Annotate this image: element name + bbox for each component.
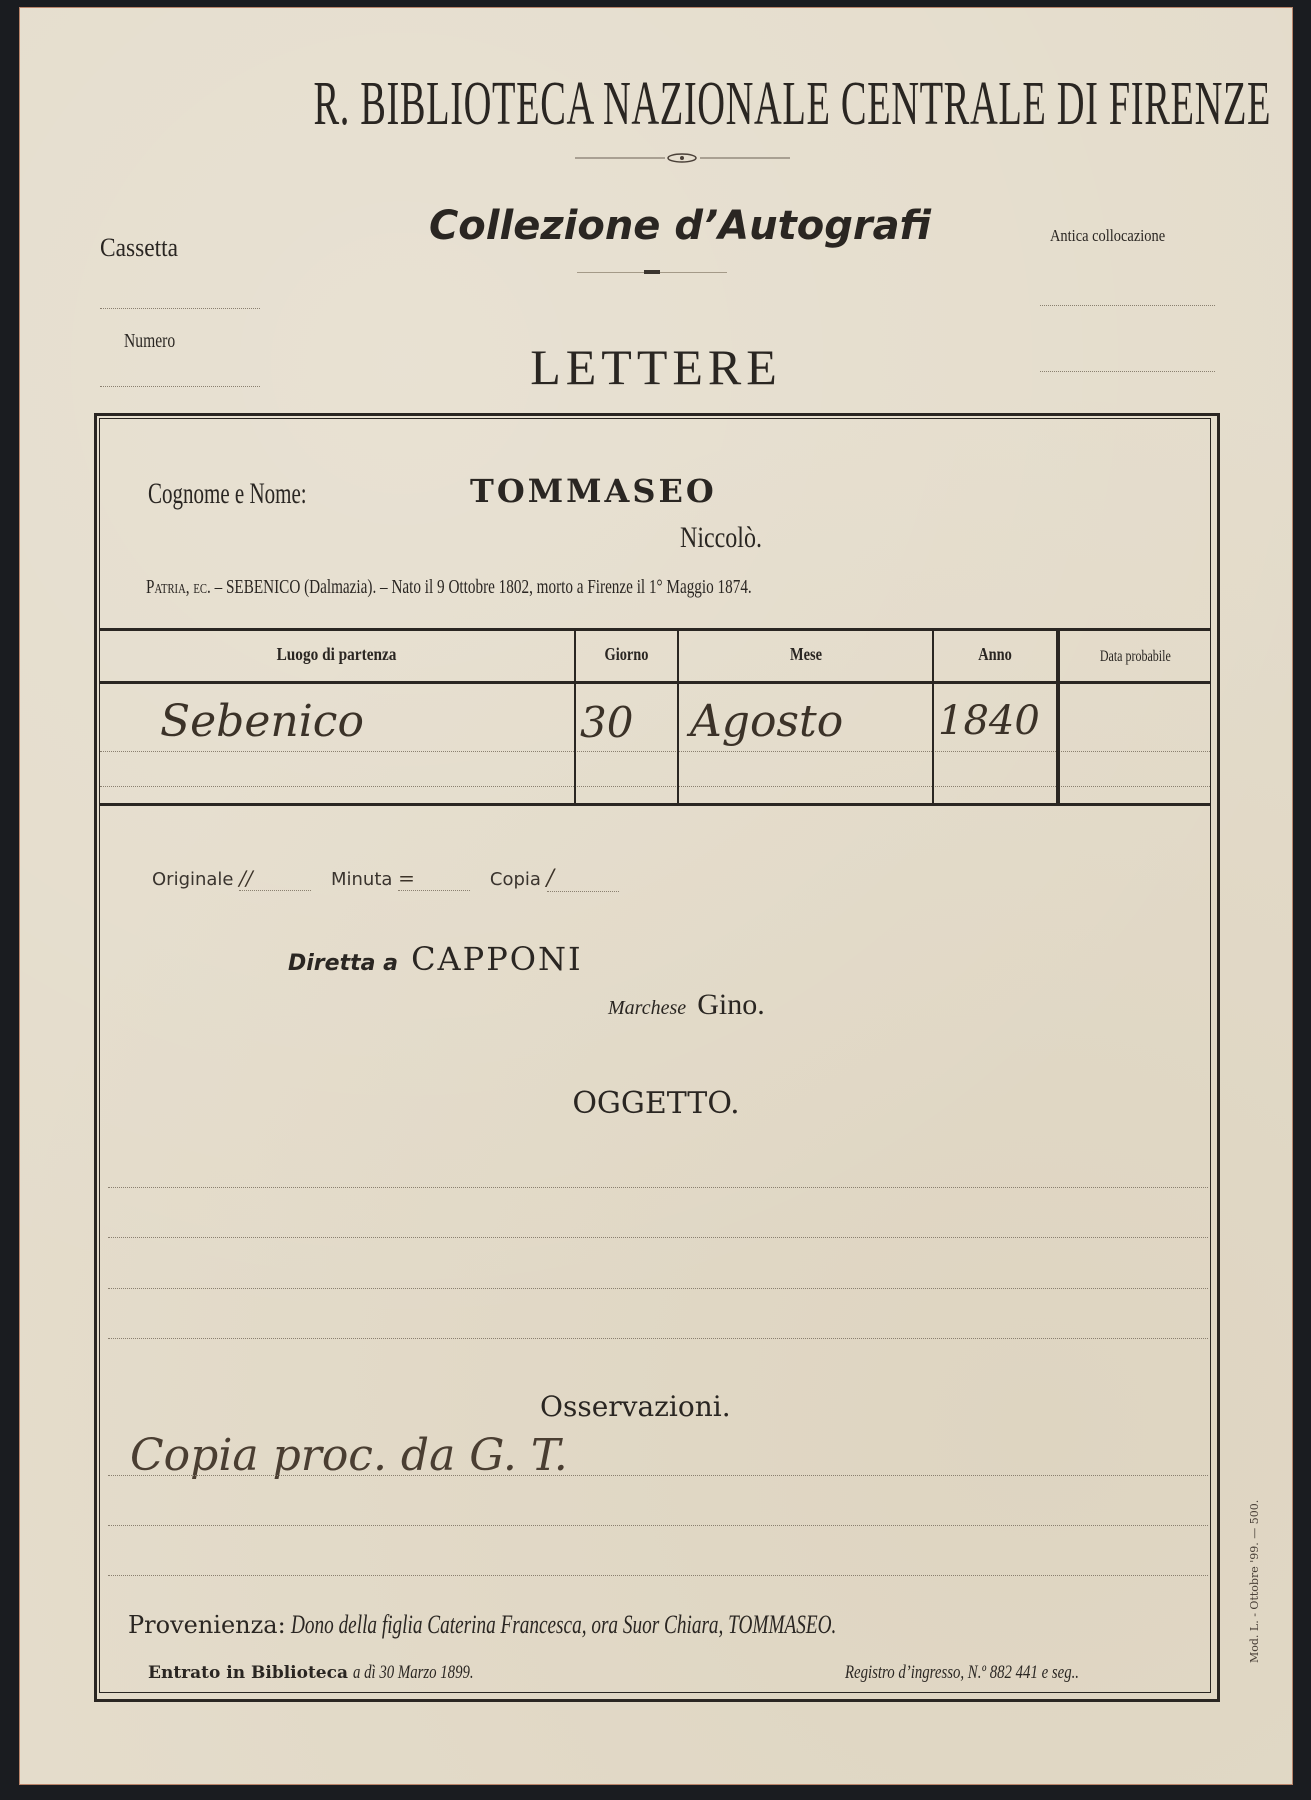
antica-collocazione-field-1[interactable]: [1040, 305, 1215, 306]
recipient-title: Marchese: [608, 997, 686, 1019]
luogo-value[interactable]: Sebenico: [160, 696, 364, 747]
collection-title: Collezione d’Autografi: [340, 203, 1020, 249]
table-bottom-rule: [100, 803, 1210, 806]
provenienza-label: Provenienza:: [128, 1611, 286, 1639]
type-fields: Originale ∕∕ Minuta = Copia /: [152, 866, 619, 892]
data-probabile-value[interactable]: [1062, 698, 1208, 738]
registro-text: Registro d’ingresso, N.º 882 441 e seg..: [845, 1662, 1079, 1684]
th-mese: Mese: [679, 644, 932, 665]
patria-text: – SEBENICO (Dalmazia). – Nato il 9 Ottob…: [215, 576, 752, 598]
th-anno: Anno: [934, 644, 1056, 665]
anno-value[interactable]: 1840: [938, 698, 1040, 744]
osservazioni-line-1[interactable]: [108, 1475, 1208, 1476]
antica-collocazione-label: Antica collocazione: [1050, 226, 1185, 246]
th-giorno: Giorno: [576, 644, 677, 665]
table-header-rule: [100, 681, 1210, 684]
entry-label: Entrato in Biblioteca: [148, 1663, 348, 1683]
divider-mark: [644, 270, 660, 274]
th-luogo: Luogo di partenza: [100, 644, 574, 665]
patria-label: Patria, ec.: [146, 576, 211, 598]
oggetto-line-3[interactable]: [108, 1288, 1208, 1289]
record-frame-inner: [99, 418, 1211, 1693]
mese-value[interactable]: Agosto: [690, 696, 843, 747]
oggetto-line-2[interactable]: [108, 1237, 1208, 1238]
ornament-divider-icon: [575, 153, 790, 163]
recipient-surname: CAPPONI: [411, 940, 583, 978]
patria-line: Patria, ec. – SEBENICO (Dalmazia). – Nat…: [146, 574, 943, 599]
recipient-line: Diretta a CAPPONI: [288, 940, 583, 978]
table-row-line: [100, 751, 1210, 752]
recipient-given-line: Marchese Gino.: [608, 988, 765, 1022]
surname: TOMMASEO: [470, 472, 717, 510]
originale-field[interactable]: ∕∕: [239, 866, 311, 891]
oggetto-line-4[interactable]: [108, 1338, 1208, 1339]
th-data-probabile: Data probabile: [1060, 646, 1210, 666]
institution-title: R. BIBLIOTECA NAZIONALE CENTRALE DI FIRE…: [20, 66, 1292, 140]
entry-line: Entrato in Biblioteca a dì 30 Marzo 1899…: [148, 1662, 508, 1684]
giorno-value[interactable]: 30: [580, 698, 633, 747]
copia-field[interactable]: /: [547, 866, 619, 892]
provenienza-line: Provenienza: Dono della figlia Caterina …: [128, 1610, 1028, 1640]
archive-card: R. BIBLIOTECA NAZIONALE CENTRALE DI FIRE…: [20, 8, 1292, 1784]
given-name: Niccolò.: [680, 520, 782, 555]
form-model-note: Mod. L. - Ottobre '99. — 500.: [1248, 1500, 1261, 1663]
table-top-rule: [100, 628, 1210, 631]
osservazioni-line-3[interactable]: [108, 1575, 1208, 1576]
category-title: LETTERE: [20, 338, 1292, 396]
name-label: Cognome e Nome:: [148, 476, 375, 511]
recipient-given-name: Gino.: [697, 988, 765, 1021]
oggetto-heading: OGGETTO.: [20, 1086, 1292, 1121]
provenienza-text: Dono della figlia Caterina Francesca, or…: [291, 1610, 836, 1640]
oggetto-line-1[interactable]: [108, 1187, 1208, 1188]
copia-label: Copia: [490, 869, 541, 890]
minuta-field[interactable]: =: [398, 866, 470, 891]
originale-label: Originale: [152, 869, 234, 890]
cassetta-field[interactable]: [100, 308, 260, 309]
osservazioni-heading: Osservazioni.: [540, 1390, 731, 1423]
recipient-label: Diretta a: [288, 951, 398, 976]
cassetta-label: Cassetta: [100, 233, 187, 263]
osservazioni-handwritten[interactable]: Copia proc. da G. T.: [130, 1430, 568, 1481]
minuta-label: Minuta: [331, 869, 392, 890]
entry-date: a dì 30 Marzo 1899.: [353, 1662, 474, 1684]
registro-line: Registro d’ingresso, N.º 882 441 e seg..: [845, 1662, 1145, 1684]
osservazioni-line-2[interactable]: [108, 1525, 1208, 1526]
table-row-line: [100, 786, 1210, 787]
